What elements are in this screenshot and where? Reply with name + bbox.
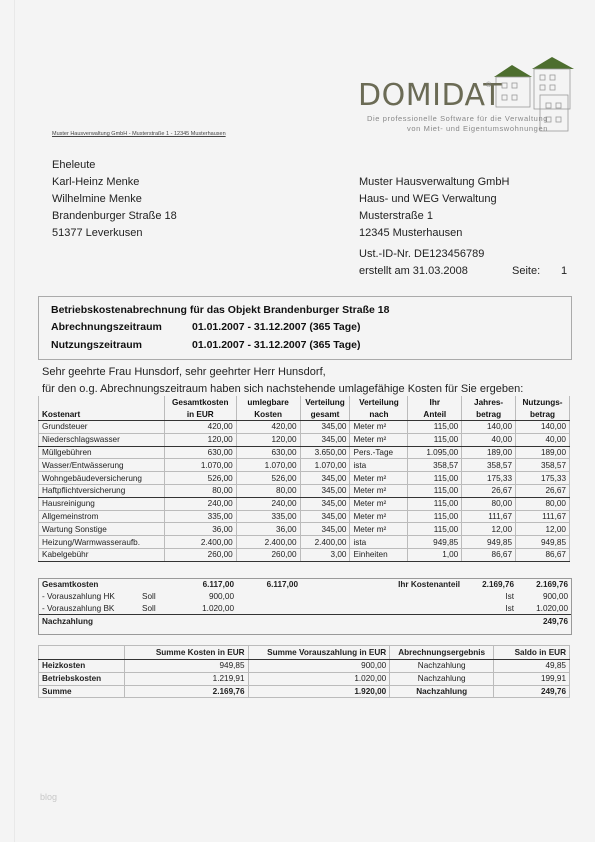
result-cell: Nachzahlung (390, 660, 494, 673)
table-row: Haftpflichtversicherung80,0080,00345,00M… (39, 484, 570, 497)
ust-id: Ust.-ID-Nr. DE123456789 (359, 246, 484, 263)
cost-type-cell: Wartung Sonstige (39, 523, 165, 536)
created-date: erstellt am 31.03.2008 (359, 263, 468, 280)
table-cell: 2.400,00 (300, 536, 350, 549)
table-cell: 80,00 (516, 497, 570, 510)
column-header: Kostenart (39, 408, 165, 421)
prepay-bk-label: - Vorauszahlung BK (39, 603, 139, 615)
intro-text: für den o.g. Abrechnungszeitraum haben s… (42, 383, 523, 395)
statement-header-box: Betriebskostenabrechnung für das Objekt … (38, 296, 572, 360)
period-label: Abrechnungszeitraum (51, 321, 162, 333)
table-cell: ista (350, 536, 408, 549)
cost-type-cell: Wasser/Entwässerung (39, 459, 165, 472)
page-label: Seite: (512, 263, 540, 280)
result-cell: 1.219,91 (124, 672, 248, 685)
recipient-address: Eheleute Karl-Heinz Menke Wilhelmine Men… (52, 157, 177, 242)
recipient-line: Wilhelmine Menke (52, 191, 177, 208)
salutation: Sehr geehrte Frau Hunsdorf, sehr geehrte… (42, 366, 326, 378)
table-cell: 335,00 (236, 510, 300, 523)
table-row: Wasser/Entwässerung1.070,001.070,001.070… (39, 459, 570, 472)
table-cell: 260,00 (164, 548, 236, 561)
tagline-2: von Miet- und Eigentumswohnungen (340, 124, 548, 133)
table-cell: Meter m² (350, 472, 408, 485)
cost-type-cell: Allgemeinstrom (39, 510, 165, 523)
total-label: Gesamtkosten (39, 579, 139, 591)
prepay-hk-soll-label: Soll (139, 591, 165, 603)
table-cell: 175,33 (462, 472, 516, 485)
table-cell: 260,00 (236, 548, 300, 561)
result-column-header: Saldo in EUR (494, 646, 570, 660)
result-cell: Nachzahlung (390, 685, 494, 698)
table-cell: 3.650,00 (300, 446, 350, 459)
table-cell: 1.070,00 (300, 459, 350, 472)
table-cell: 949,85 (462, 536, 516, 549)
column-header: in EUR (164, 408, 236, 421)
recipient-line: Eheleute (52, 157, 177, 174)
table-row: Allgemeinstrom335,00335,00345,00Meter m²… (39, 510, 570, 523)
result-column-header: Summe Vorauszahlung in EUR (248, 646, 390, 660)
result-row: Summe2.169,761.920,00Nachzahlung249,76 (39, 685, 570, 698)
cost-type-cell: Haftpflichtversicherung (39, 484, 165, 497)
table-cell: Meter m² (350, 433, 408, 446)
table-cell: 420,00 (164, 421, 236, 434)
prepay-hk-label: - Vorauszahlung HK (39, 591, 139, 603)
table-cell: 111,67 (462, 510, 516, 523)
table-cell: 115,00 (408, 510, 462, 523)
table-cell: 36,00 (164, 523, 236, 536)
recipient-line: Brandenburger Straße 18 (52, 208, 177, 225)
result-cell: 249,76 (494, 685, 570, 698)
table-cell: ista (350, 459, 408, 472)
result-cell: 1.020,00 (248, 672, 390, 685)
table-cell: 115,00 (408, 433, 462, 446)
result-column-header (39, 646, 125, 660)
share-jahr: 2.169,76 (463, 579, 517, 591)
column-header: betrag (516, 408, 570, 421)
result-cell: 49,85 (494, 660, 570, 673)
total-umlegbar: 6.117,00 (237, 579, 301, 591)
cost-type-cell: Niederschlagswasser (39, 433, 165, 446)
column-header-top: Jahres- (462, 396, 516, 408)
column-header: Kosten (236, 408, 300, 421)
table-cell: 111,67 (516, 510, 570, 523)
table-cell: 115,00 (408, 484, 462, 497)
statement-title: Betriebskostenabrechnung für das Objekt … (51, 304, 389, 316)
table-cell: 358,57 (516, 459, 570, 472)
result-column-header: Summe Kosten in EUR (124, 646, 248, 660)
table-cell: Einheiten (350, 548, 408, 561)
table-row: Heizung/Warmwasseraufb.2.400,002.400,002… (39, 536, 570, 549)
table-row: Hausreinigung240,00240,00345,00Meter m²1… (39, 497, 570, 510)
column-header-top (39, 396, 165, 408)
balance-value: 249,76 (517, 615, 571, 627)
column-header-top: Verteilung (350, 396, 408, 408)
result-cell: 2.169,76 (124, 685, 248, 698)
period-value: 01.01.2007 - 31.12.2007 (365 Tage) (192, 321, 361, 333)
result-cell: Nachzahlung (390, 672, 494, 685)
table-cell: 40,00 (516, 433, 570, 446)
usage-label: Nutzungszeitraum (51, 339, 142, 351)
table-cell: 80,00 (164, 484, 236, 497)
prepay-bk-ist-label: Ist (463, 603, 517, 615)
table-cell: 115,00 (408, 421, 462, 434)
table-row: Kabelgebühr260,00260,003,00Einheiten1,00… (39, 548, 570, 561)
column-header-top: Gesamtkosten (164, 396, 236, 408)
summary-block: Gesamtkosten 6.117,00 6.117,00 Ihr Koste… (38, 578, 572, 635)
column-header-top: Nutzungs- (516, 396, 570, 408)
prepay-hk-soll: 900,00 (165, 591, 237, 603)
result-row: Heizkosten949,85900,00Nachzahlung49,85 (39, 660, 570, 673)
company-line: Muster Hausverwaltung GmbH (359, 174, 509, 191)
result-table: Summe Kosten in EURSumme Vorauszahlung i… (38, 645, 570, 698)
table-cell: Pers.-Tage (350, 446, 408, 459)
result-cell: 900,00 (248, 660, 390, 673)
recipient-line: 51377 Leverkusen (52, 225, 177, 242)
company-address: Muster Hausverwaltung GmbH Haus- und WEG… (359, 174, 509, 242)
usage-value: 01.01.2007 - 31.12.2007 (365 Tage) (192, 339, 361, 351)
tagline-1: Die professionelle Software für die Verw… (340, 114, 548, 123)
company-line: Musterstraße 1 (359, 208, 509, 225)
share-nutzung: 2.169,76 (517, 579, 571, 591)
table-cell: 345,00 (300, 484, 350, 497)
table-cell: Meter m² (350, 523, 408, 536)
column-header: gesamt (300, 408, 350, 421)
table-cell: 630,00 (236, 446, 300, 459)
table-cell: 630,00 (164, 446, 236, 459)
table-cell: 1.095,00 (408, 446, 462, 459)
table-cell: 175,33 (516, 472, 570, 485)
table-cell: 12,00 (516, 523, 570, 536)
table-cell: 115,00 (408, 472, 462, 485)
table-row: Wartung Sonstige36,0036,00345,00Meter m²… (39, 523, 570, 536)
table-cell: 26,67 (516, 484, 570, 497)
result-cell: Betriebskosten (39, 672, 125, 685)
table-cell: 80,00 (462, 497, 516, 510)
result-column-header: Abrechnungsergebnis (390, 646, 494, 660)
table-cell: 345,00 (300, 472, 350, 485)
table-cell: 115,00 (408, 523, 462, 536)
column-header: nach (350, 408, 408, 421)
table-cell: 949,85 (408, 536, 462, 549)
prepay-hk-ist-label: Ist (463, 591, 517, 603)
table-cell: 2.400,00 (164, 536, 236, 549)
page-number: 1 (561, 263, 567, 280)
table-cell: 189,00 (462, 446, 516, 459)
column-header-top: umlegbare (236, 396, 300, 408)
table-cell: 335,00 (164, 510, 236, 523)
table-cell: 240,00 (164, 497, 236, 510)
table-cell: 358,57 (408, 459, 462, 472)
table-cell: 240,00 (236, 497, 300, 510)
table-cell: 420,00 (236, 421, 300, 434)
sender-line: Muster Hausverwaltung GmbH - Musterstraß… (52, 131, 226, 137)
table-cell: 2.400,00 (236, 536, 300, 549)
result-row: Betriebskosten1.219,911.020,00Nachzahlun… (39, 672, 570, 685)
table-cell: 345,00 (300, 497, 350, 510)
table-cell: 80,00 (236, 484, 300, 497)
table-cell: 115,00 (408, 497, 462, 510)
table-cell: Meter m² (350, 421, 408, 434)
table-cell: 120,00 (164, 433, 236, 446)
table-cell: 86,67 (462, 548, 516, 561)
table-cell: 140,00 (516, 421, 570, 434)
table-cell: Meter m² (350, 497, 408, 510)
table-cell: Meter m² (350, 510, 408, 523)
table-cell: 86,67 (516, 548, 570, 561)
table-cell: 345,00 (300, 421, 350, 434)
table-cell: 40,00 (462, 433, 516, 446)
prepay-bk-soll-label: Soll (139, 603, 165, 615)
page-edge (14, 0, 15, 842)
column-header-top: Verteilung (300, 396, 350, 408)
cost-type-cell: Müllgebühren (39, 446, 165, 459)
table-cell: 12,00 (462, 523, 516, 536)
total-gesamt: 6.117,00 (165, 579, 237, 591)
table-cell: 36,00 (236, 523, 300, 536)
table-row: Wohngebäudeversicherung526,00526,00345,0… (39, 472, 570, 485)
table-row: Niederschlagswasser120,00120,00345,00Met… (39, 433, 570, 446)
prepay-bk-soll: 1.020,00 (165, 603, 237, 615)
table-row: Grundsteuer420,00420,00345,00Meter m²115… (39, 421, 570, 434)
table-cell: 1,00 (408, 548, 462, 561)
table-cell: 345,00 (300, 433, 350, 446)
registered-mark: ® (486, 82, 491, 89)
table-cell: 526,00 (236, 472, 300, 485)
result-cell: 949,85 (124, 660, 248, 673)
table-cell: 140,00 (462, 421, 516, 434)
table-cell: 345,00 (300, 510, 350, 523)
result-cell: 199,91 (494, 672, 570, 685)
table-cell: 189,00 (516, 446, 570, 459)
cost-type-cell: Hausreinigung (39, 497, 165, 510)
result-cell: Summe (39, 685, 125, 698)
table-cell: 345,00 (300, 523, 350, 536)
table-cell: 358,57 (462, 459, 516, 472)
table-cell: 1.070,00 (236, 459, 300, 472)
result-cell: 1.920,00 (248, 685, 390, 698)
cost-type-cell: Grundsteuer (39, 421, 165, 434)
prepay-bk-ist: 1.020,00 (517, 603, 571, 615)
column-header-top: Ihr (408, 396, 462, 408)
balance-label: Nachzahlung (39, 615, 165, 627)
column-header: betrag (462, 408, 516, 421)
brand-name: DOMIDAT (358, 78, 502, 113)
table-cell: 120,00 (236, 433, 300, 446)
table-cell: 949,85 (516, 536, 570, 549)
cost-table: GesamtkostenumlegbareVerteilungVerteilun… (38, 396, 570, 562)
result-cell: Heizkosten (39, 660, 125, 673)
company-line: Haus- und WEG Verwaltung (359, 191, 509, 208)
table-cell: Meter m² (350, 484, 408, 497)
prepay-hk-ist: 900,00 (517, 591, 571, 603)
company-line: 12345 Musterhausen (359, 225, 509, 242)
cost-type-cell: Kabelgebühr (39, 548, 165, 561)
column-header: Anteil (408, 408, 462, 421)
share-label: Ihr Kostenanteil (301, 579, 463, 591)
table-cell: 1.070,00 (164, 459, 236, 472)
table-cell: 526,00 (164, 472, 236, 485)
footer-note (2, 832, 3, 837)
cost-type-cell: Wohngebäudeversicherung (39, 472, 165, 485)
table-row: Müllgebühren630,00630,003.650,00Pers.-Ta… (39, 446, 570, 459)
watermark: blog (40, 792, 57, 802)
cost-type-cell: Heizung/Warmwasseraufb. (39, 536, 165, 549)
recipient-line: Karl-Heinz Menke (52, 174, 177, 191)
table-cell: 26,67 (462, 484, 516, 497)
table-cell: 3,00 (300, 548, 350, 561)
